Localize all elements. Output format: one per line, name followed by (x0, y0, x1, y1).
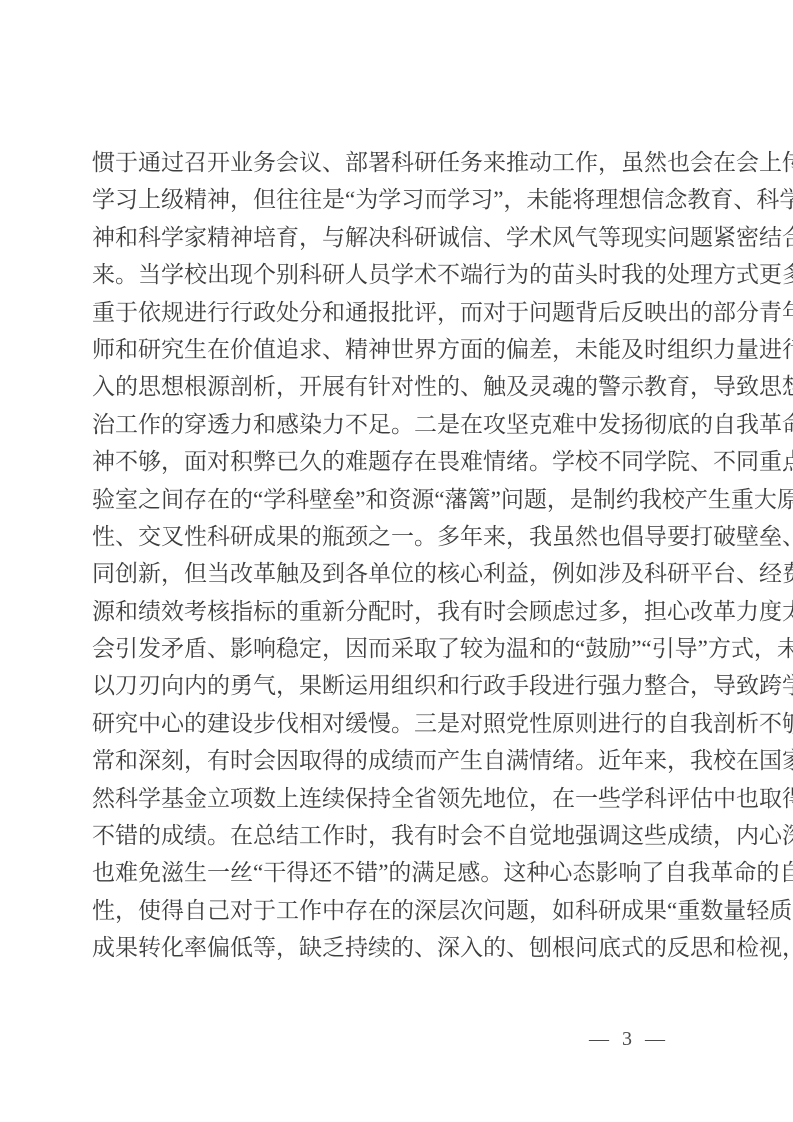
page-number: — 3 — (589, 1028, 669, 1050)
text-line: 神不够，面对积弊已久的难题存在畏难情绪。学校不同学院、不同重点实 (92, 443, 706, 480)
text-line: 惯于通过召开业务会议、部署科研任务来推动工作，虽然也会在会上传达 (92, 144, 706, 181)
text-line: 师和研究生在价值追求、精神世界方面的偏差，未能及时组织力量进行深 (92, 331, 706, 368)
text-line: 以刀刃向内的勇气，果断运用组织和行政手段进行强力整合，导致跨学科 (92, 667, 706, 704)
document-body: 惯于通过召开业务会议、部署科研任务来推动工作，虽然也会在会上传达 学习上级精神，… (92, 144, 706, 967)
text-line: 源和绩效考核指标的重新分配时，我有时会顾虑过多，担心改革力度太大 (92, 593, 706, 630)
text-line: 会引发矛盾、影响稳定，因而采取了较为温和的“鼓励”“引导”方式，未能 (92, 630, 706, 667)
text-line: 学习上级精神，但往往是“为学习而学习”，未能将理想信念教育、科学精 (92, 181, 706, 218)
text-line: 入的思想根源剖析，开展有针对性的、触及灵魂的警示教育，导致思想政 (92, 368, 706, 405)
text-line: 性，使得自己对于工作中存在的深层次问题，如科研成果“重数量轻质量”、 (92, 892, 706, 929)
text-line: 成果转化率偏低等，缺乏持续的、深入的、刨根问底式的反思和检视，满 (92, 929, 706, 966)
text-line: 也难免滋生一丝“干得还不错”的满足感。这种心态影响了自我革命的自觉 (92, 854, 706, 891)
text-line: 研究中心的建设步伐相对缓慢。三是对照党性原则进行的自我剖析不够经 (92, 705, 706, 742)
text-line: 不错的成绩。在总结工作时，我有时会不自觉地强调这些成绩，内心深处 (92, 817, 706, 854)
page-footer: — 3 — (0, 1028, 669, 1051)
text-line: 神和科学家精神培育，与解决科研诚信、学术风气等现实问题紧密结合起 (92, 219, 706, 256)
text-line: 性、交叉性科研成果的瓶颈之一。多年来，我虽然也倡导要打破壁垒、协 (92, 518, 706, 555)
text-line: 治工作的穿透力和感染力不足。二是在攻坚克难中发扬彻底的自我革命精 (92, 406, 706, 443)
text-line: 重于依规进行行政处分和通报批评，而对于问题背后反映出的部分青年教 (92, 294, 706, 331)
text-line: 来。当学校出现个别科研人员学术不端行为的苗头时我的处理方式更多侧 (92, 256, 706, 293)
document-page: 惯于通过召开业务会议、部署科研任务来推动工作，虽然也会在会上传达 学习上级精神，… (0, 0, 793, 1122)
text-line: 同创新，但当改革触及到各单位的核心利益，例如涉及科研平台、经费资 (92, 555, 706, 592)
text-line: 验室之间存在的“学科壁垒”和资源“藩篱”问题，是制约我校产生重大原创 (92, 481, 706, 518)
text-line: 常和深刻，有时会因取得的成绩而产生自满情绪。近年来，我校在国家自 (92, 742, 706, 779)
text-line: 然科学基金立项数上连续保持全省领先地位，在一些学科评估中也取得了 (92, 780, 706, 817)
